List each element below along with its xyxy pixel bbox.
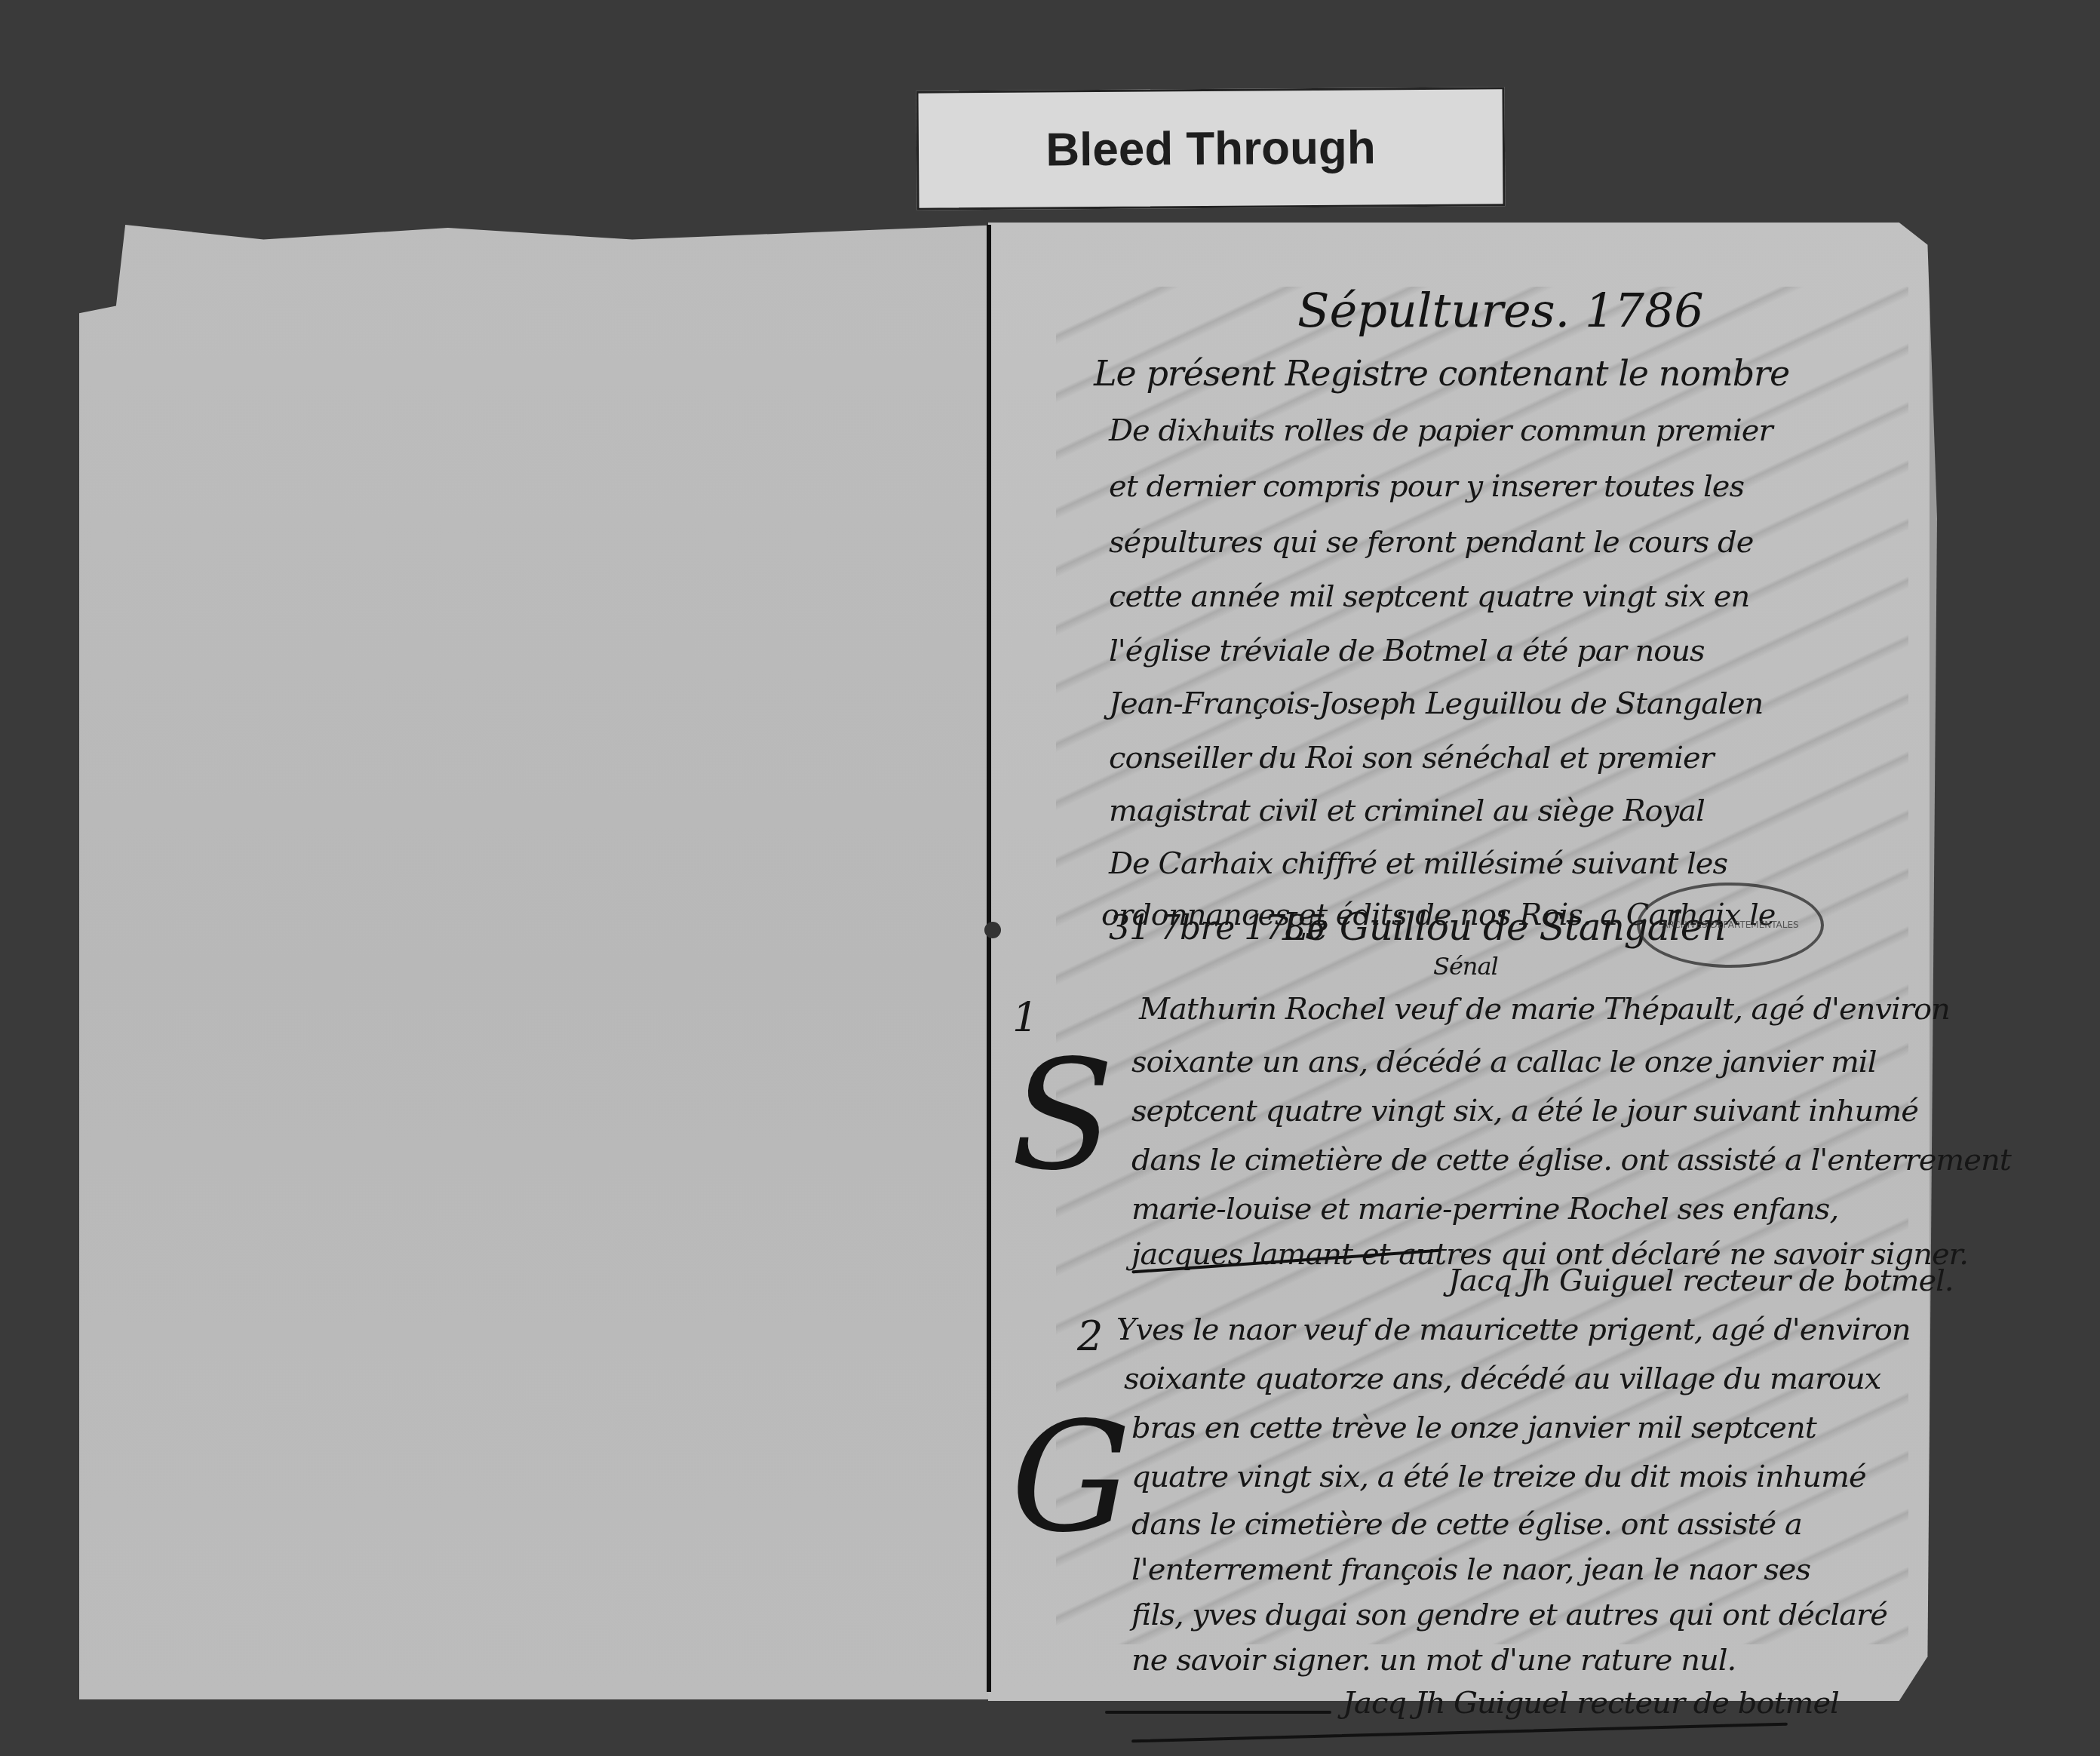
entry-margin-initial: G [1011,1403,1131,1554]
entry-line: soixante un ans, décédé a callac le onze… [1131,1045,1876,1079]
bleed-through-mark [143,422,152,453]
preamble-line: De Carhaix chiffré et millésimé suivant … [1109,846,1727,881]
preamble-line: magistrat civil et criminel au siège Roy… [1109,794,1705,828]
entry-signature: Jacq Jh Guiguel recteur de botmel. [1448,1263,1954,1298]
entry-line: fils, yves dugai son gendre et autres qu… [1131,1598,1887,1632]
preamble-line: Jean-François-Joseph Leguillou de Stanga… [1109,686,1763,721]
bleed-through-label: Bleed Through [916,87,1505,210]
preamble-line: et dernier compris pour y inserer toutes… [1109,469,1744,504]
preamble-line: l'église tréviale de Botmel a été par no… [1109,634,1705,668]
entry-line: l'enterrement françois le naor, jean le … [1131,1552,1810,1587]
register-title: Sépultures. 1786 [1297,283,1704,338]
entry-signature: Jacq Jh Guiguel recteur de botmel [1343,1686,1839,1721]
entry-line: Mathurin Rochel veuf de marie Thépault, … [1139,992,1950,1027]
preamble-line: conseiller du Roi son sénéchal et premie… [1109,741,1714,775]
preamble-line: sépultures qui se feront pendant le cour… [1109,525,1753,560]
signature-flourish [1131,1723,1788,1743]
entry-number: 2 [1077,1312,1103,1360]
label-text: Bleed Through [1045,121,1376,177]
stamp-line: ARCHIVES DÉPARTEMENTALES [1662,919,1798,932]
entry-line: bras en cette trève le onze janvier mil … [1131,1411,1816,1445]
entry-margin-initial: S [1011,1041,1114,1192]
preamble-signature-title: Sénal [1433,952,1498,981]
binding-spine [987,225,991,1692]
entry-line: dans le cimetière de cette église. ont a… [1131,1507,1802,1542]
entry-line: marie-louise et marie-perrine Rochel ses… [1131,1192,1838,1226]
entry-line: dans le cimetière de cette église. ont a… [1131,1143,2011,1177]
preamble-line: De dixhuits rolles de papier commun prem… [1109,413,1773,448]
preamble-line: Le présent Registre contenant le nombre [1094,353,1789,394]
binding-thread-knot [984,922,1001,938]
entry-line: septcent quatre vingt six, a été le jour… [1131,1094,1918,1128]
signature-underline [1105,1711,1331,1714]
left-page [79,225,1001,1699]
entry-line: quatre vingt six, a été le treize du dit… [1131,1460,1866,1494]
archive-stamp: ARCHIVES DÉPARTEMENTALES [1637,883,1824,968]
entry-line: soixante quatorze ans, décédé au village… [1124,1362,1880,1396]
preamble-line: cette année mil septcent quatre vingt si… [1109,579,1749,614]
entry-line: ne savoir signer. un mot d'une rature nu… [1131,1643,1736,1678]
entry-line: Yves le naor veuf de mauricette prigent,… [1116,1312,1911,1347]
